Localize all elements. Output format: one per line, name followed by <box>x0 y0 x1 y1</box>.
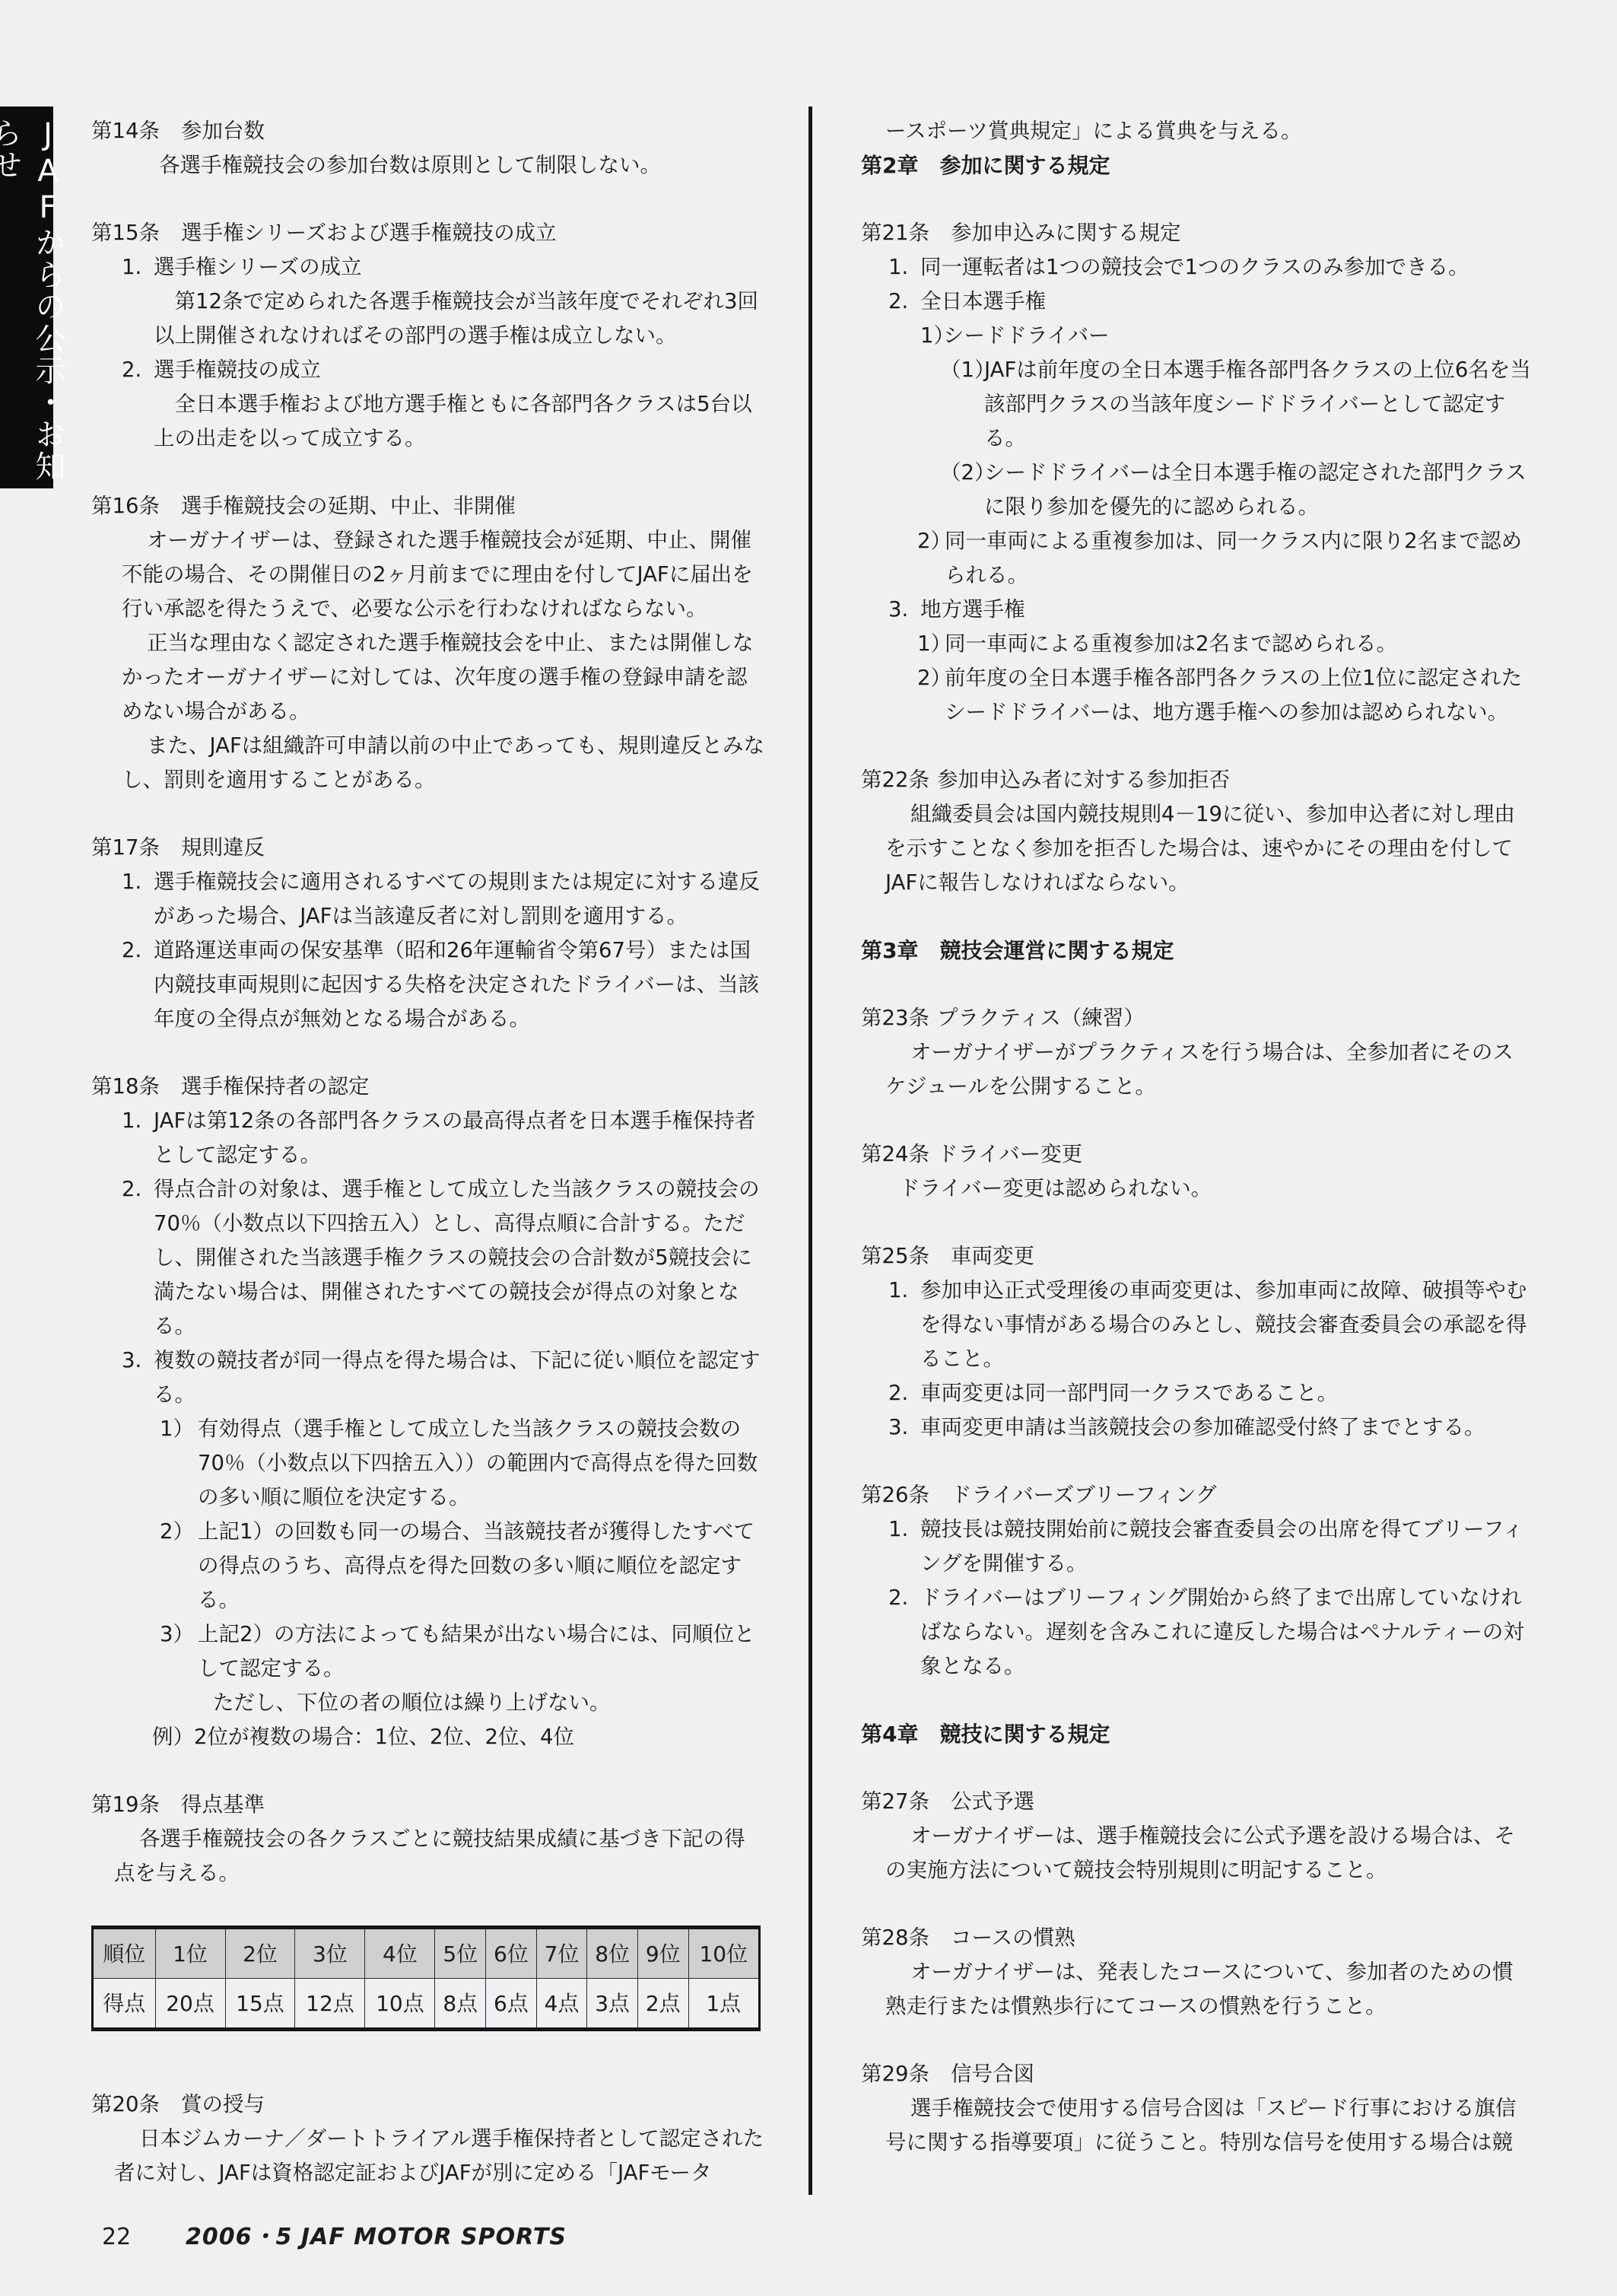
article-paragraph: オーガナイザーは、登録された選手権競技会が延期、中止、開催不能の場合、その開催日… <box>91 523 764 626</box>
article-heading: 第16条選手権競技会の延期、中止、非開催 <box>91 489 764 523</box>
column-divider <box>808 107 812 2195</box>
table-cell: 順位 <box>93 1928 156 1979</box>
sub-list-item: 1）有効得点（選手権として成立した当該クラスの競技会数の70％（小数点以下四捨五… <box>91 1412 764 1515</box>
article-22: 第22条参加申込み者に対する参加拒否 組織委員会は国内競技規則4－19に従い、参… <box>861 763 1534 900</box>
article-note: ただし、下位の者の順位は繰り上げない。 <box>91 1686 764 1720</box>
table-cell: 得点 <box>93 1979 156 2030</box>
list-item: 1.JAFは第12条の各部門各クラスの最高得点者を日本選手権保持者として認定する… <box>91 1104 764 1172</box>
list-item: 1.選手権シリーズの成立 <box>91 250 764 285</box>
table-cell: 12点 <box>295 1979 365 2030</box>
article-heading: 第18条選手権保持者の認定 <box>91 1070 764 1104</box>
article-body: オーガナイザーがプラクティスを行う場合は、全参加者にそのスケジュールを公開するこ… <box>861 1035 1534 1104</box>
table-cell: 3点 <box>587 1979 638 2030</box>
sub-list-item: 2）前年度の全日本選手権各部門各クラスの上位1位に認定されたシードドライバーは、… <box>861 661 1534 730</box>
table-cell: 10点 <box>365 1979 435 2030</box>
article-heading: 第19条得点基準 <box>91 1788 764 1822</box>
article-heading: 第17条規則違反 <box>91 831 764 865</box>
article-20-continued: ースポーツ賞典規定」による賞典を与える。 <box>861 114 1534 148</box>
article-28: 第28条コースの慣熟 オーガナイザーは、発表したコースについて、参加者のための慣… <box>861 1921 1534 2024</box>
article-heading: 第14条参加台数 <box>91 114 764 148</box>
article-body: 選手権競技会で使用する信号合図は「スピード行事における旗信号に関する指導要項」に… <box>861 2091 1534 2160</box>
article-heading: 第24条ドライバー変更 <box>861 1137 1534 1172</box>
article-example: 例）2位が複数の場合：1位、2位、2位、4位 <box>91 1720 764 1754</box>
sub-sub-list-item: （2）シードドライバーは全日本選手権の認定された部門クラスに限り参加を優先的に認… <box>861 456 1534 524</box>
list-item: 2.ドライバーはブリーフィング開始から終了まで出席していなければならない。遅刻を… <box>861 1581 1534 1684</box>
article-heading: 第26条ドライバーズブリーフィング <box>861 1478 1534 1512</box>
list-item: 2.得点合計の対象は、選手権として成立した当該クラスの競技会の70％（小数点以下… <box>91 1172 764 1344</box>
sub-list-item: 3）上記2）の方法によっても結果が出ない場合には、同順位として認定する。 <box>91 1617 764 1686</box>
article-body: オーガナイザーは、選手権競技会に公式予選を設ける場合は、その実施方法について競技… <box>861 1819 1534 1887</box>
table-cell: 7位 <box>536 1928 587 1979</box>
sub-list-item: 2）同一車両による重複参加は、同一クラス内に限り2名まで認められる。 <box>861 524 1534 593</box>
left-column: 第14条参加台数 各選手権競技会の参加台数は原則として制限しない。 第15条選手… <box>91 114 764 2190</box>
right-column: ースポーツ賞典規定」による賞典を与える。 第2章参加に関する規定 第21条参加申… <box>861 114 1534 2160</box>
article-29: 第29条信号合図 選手権競技会で使用する信号合図は「スピード行事における旗信号に… <box>861 2057 1534 2160</box>
table-cell: 5位 <box>435 1928 486 1979</box>
article-26: 第26条ドライバーズブリーフィング 1.競技長は競技開始前に競技会審査委員会の出… <box>861 1478 1534 1684</box>
article-heading: 第15条選手権シリーズおよび選手権競技の成立 <box>91 216 764 250</box>
chapter-4-heading: 第4章競技に関する規定 <box>861 1717 1534 1751</box>
article-21: 第21条参加申込みに関する規定 1.同一運転者は1つの競技会で1つのクラスのみ参… <box>861 216 1534 730</box>
article-23: 第23条プラクティス（練習） オーガナイザーがプラクティスを行う場合は、全参加者… <box>861 1001 1534 1104</box>
list-item: 1.同一運転者は1つの競技会で1つのクラスのみ参加できる。 <box>861 250 1534 285</box>
article-18: 第18条選手権保持者の認定 1.JAFは第12条の各部門各クラスの最高得点者を日… <box>91 1070 764 1754</box>
article-body: 組織委員会は国内競技規則4－19に従い、参加申込者に対し理由を示すことなく参加を… <box>861 797 1534 900</box>
sub-list-item: 2）上記1）の回数も同一の場合、当該競技者が獲得したすべての得点のうち、高得点を… <box>91 1515 764 1617</box>
table-cell: 9位 <box>637 1928 688 1979</box>
article-16: 第16条選手権競技会の延期、中止、非開催 オーガナイザーは、登録された選手権競技… <box>91 489 764 797</box>
list-item-body: 第12条で定められた各選手権競技会が当該年度でそれぞれ3回以上開催されなければそ… <box>91 285 764 353</box>
table-cell: 4位 <box>365 1928 435 1979</box>
article-24: 第24条ドライバー変更 ドライバー変更は認められない。 <box>861 1137 1534 1206</box>
chapter-3-heading: 第3章競技会運営に関する規定 <box>861 933 1534 968</box>
list-item: 1.参加申込正式受理後の車両変更は、参加車両に故障、破損等やむを得ない事情がある… <box>861 1274 1534 1376</box>
article-19: 第19条得点基準 各選手権競技会の各クラスごとに競技結果成績に基づき下記の得点を… <box>91 1788 764 2031</box>
list-item: 1.競技長は競技開始前に競技会審査委員会の出席を得てブリーフィングを開催する。 <box>861 1512 1534 1581</box>
chapter-2-heading: 第2章参加に関する規定 <box>861 148 1534 183</box>
article-heading: 第22条参加申込み者に対する参加拒否 <box>861 763 1534 797</box>
article-heading: 第20条賞の授与 <box>91 2088 764 2122</box>
list-item: 2.選手権競技の成立 <box>91 353 764 387</box>
table-cell: 20点 <box>155 1979 225 2030</box>
article-27: 第27条公式予選 オーガナイザーは、選手権競技会に公式予選を設ける場合は、その実… <box>861 1785 1534 1887</box>
sub-sub-list-item: （1）JAFは前年度の全日本選手権各部門各クラスの上位6名を当該部門クラスの当該… <box>861 353 1534 456</box>
table-cell: 10位 <box>688 1928 759 1979</box>
list-item-body: 全日本選手権および地方選手権ともに各部門各クラスは5台以上の出走を以って成立する… <box>91 387 764 456</box>
table-cell: 2位 <box>225 1928 295 1979</box>
list-item: 3.地方選手権 <box>861 593 1534 627</box>
article-paragraph: また、JAFは組織許可申請以前の中止であっても、規則違反とみなし、罰則を適用する… <box>91 729 764 797</box>
article-heading: 第27条公式予選 <box>861 1785 1534 1819</box>
table-cell: 15点 <box>225 1979 295 2030</box>
article-body: 各選手権競技会の参加台数は原則として制限しない。 <box>91 148 764 183</box>
article-17: 第17条規則違反 1.選手権競技会に適用されるすべての規則または規定に対する違反… <box>91 831 764 1036</box>
list-item: 1.選手権競技会に適用されるすべての規則または規定に対する違反があった場合、JA… <box>91 865 764 933</box>
list-item: 2.道路運送車両の保安基準（昭和26年運輸省令第67号）または国内競技車両規則に… <box>91 933 764 1036</box>
list-item: 3.車両変更申請は当該競技会の参加確認受付終了までとする。 <box>861 1410 1534 1445</box>
table-cell: 1点 <box>688 1979 759 2030</box>
list-item: 2.車両変更は同一部門同一クラスであること。 <box>861 1376 1534 1410</box>
sub-list-item: 1）同一車両による重複参加は2名まで認められる。 <box>861 627 1534 661</box>
table-cell: 6位 <box>486 1928 537 1979</box>
article-heading: 第28条コースの慣熟 <box>861 1921 1534 1955</box>
page-footer: 22 2006・5 JAF MOTOR SPORTS <box>102 2218 567 2251</box>
sub-list-item: 1）シードドライバー <box>861 319 1534 353</box>
article-body: 日本ジムカーナ／ダートトライアル選手権保持者として認定された者に対し、JAFは資… <box>91 2122 764 2190</box>
article-body: 各選手権競技会の各クラスごとに競技結果成績に基づき下記の得点を与える。 <box>91 1822 764 1891</box>
list-item: 2.全日本選手権 <box>861 285 1534 319</box>
article-heading: 第29条信号合図 <box>861 2057 1534 2091</box>
article-heading: 第21条参加申込みに関する規定 <box>861 216 1534 250</box>
section-side-tab: JAFからの公示・お知らせ <box>0 107 53 488</box>
article-body: オーガナイザーは、発表したコースについて、参加者のための慣熟走行または慣熟歩行に… <box>861 1955 1534 2024</box>
table-cell: 3位 <box>295 1928 365 1979</box>
table-cell: 8点 <box>435 1979 486 2030</box>
table-cell: 4点 <box>536 1979 587 2030</box>
article-heading: 第23条プラクティス（練習） <box>861 1001 1534 1035</box>
article-body: ドライバー変更は認められない。 <box>861 1172 1534 1206</box>
article-25: 第25条車両変更 1.参加申込正式受理後の車両変更は、参加車両に故障、破損等やむ… <box>861 1239 1534 1445</box>
table-cell: 6点 <box>486 1979 537 2030</box>
publication-title: 2006・5 JAF MOTOR SPORTS <box>186 2218 567 2251</box>
table-cell: 8位 <box>587 1928 638 1979</box>
points-table-row: 得点 20点 15点 12点 10点 8点 6点 4点 3点 2点 1点 <box>93 1979 760 2030</box>
page-number: 22 <box>102 2224 186 2250</box>
table-cell: 2点 <box>637 1979 688 2030</box>
article-14: 第14条参加台数 各選手権競技会の参加台数は原則として制限しない。 <box>91 114 764 183</box>
article-15: 第15条選手権シリーズおよび選手権競技の成立 1.選手権シリーズの成立 第12条… <box>91 216 764 456</box>
list-item: 3.複数の競技者が同一得点を得た場合は、下記に従い順位を認定する。 <box>91 1344 764 1412</box>
table-cell: 1位 <box>155 1928 225 1979</box>
article-heading: 第25条車両変更 <box>861 1239 1534 1274</box>
side-tab-label: JAFからの公示・お知らせ <box>0 107 70 488</box>
points-table-header-row: 順位 1位 2位 3位 4位 5位 6位 7位 8位 9位 10位 <box>93 1928 760 1979</box>
article-20: 第20条賞の授与 日本ジムカーナ／ダートトライアル選手権保持者として認定された者… <box>91 2088 764 2190</box>
article-paragraph: 正当な理由なく認定された選手権競技会を中止、または開催しなかったオーガナイザーに… <box>91 626 764 729</box>
points-table: 順位 1位 2位 3位 4位 5位 6位 7位 8位 9位 10位 得点 20点… <box>91 1926 761 2031</box>
